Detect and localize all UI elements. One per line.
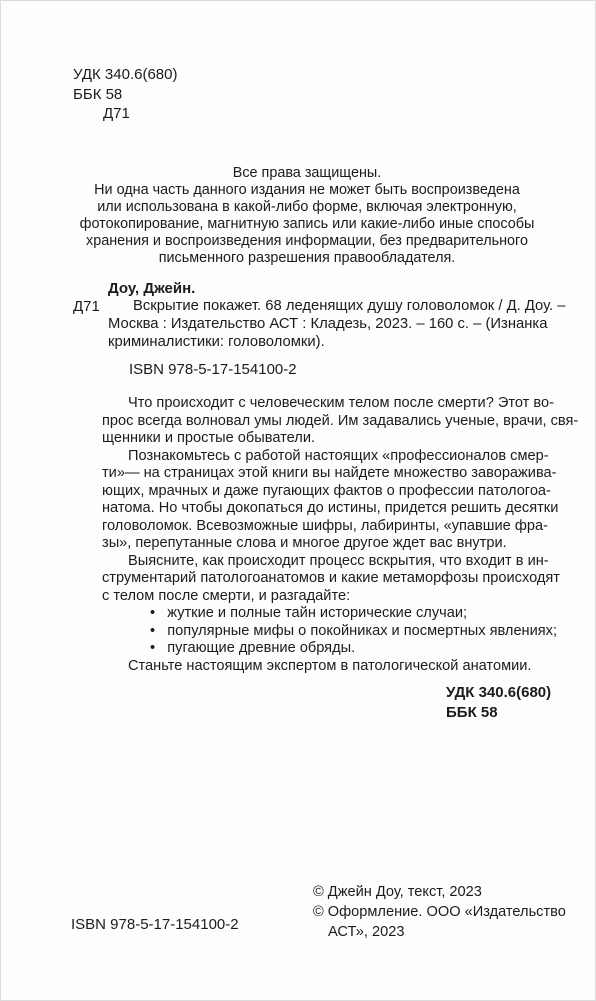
text-line: щенники и простые обыватели. [102, 430, 560, 448]
catalog-author-sign: Д71 [73, 298, 100, 315]
text-line: ББК 58 [446, 703, 551, 723]
text-line: © Оформление. ООО «Издательство [313, 903, 566, 923]
text-line: криминалистики: головоломки). [108, 334, 568, 352]
annotation-paragraph-1: Что происходит с человеческим телом посл… [102, 395, 560, 448]
text-line: АСТ», 2023 [313, 923, 566, 943]
text-line: струментарий патологоанатомов и какие ме… [102, 570, 560, 588]
text-line: фотокопирование, магнитную запись или ка… [17, 216, 596, 233]
isbn-footer: ISBN 978-5-17-154100-2 [71, 916, 239, 933]
text-line: ти»— на страницах этой книги вы найдете … [102, 465, 560, 483]
text-line: • пугающие древние обряды. [102, 640, 560, 658]
text-line: УДК 340.6(680) [446, 683, 551, 703]
isbn-catalog: ISBN 978-5-17-154100-2 [129, 361, 297, 378]
text-line: Москва : Издательство АСТ : Кладезь, 202… [108, 316, 568, 334]
annotation-closing: Станьте настоящим экспертом в патологиче… [102, 658, 560, 676]
catalog-description: Вскрытие покажет. 68 леденящих душу голо… [108, 298, 568, 351]
text-line: натома. Но чтобы докопаться до истины, п… [102, 500, 560, 518]
text-line: головоломок. Всевозможные шифры, лабирин… [102, 518, 560, 536]
text-line: Познакомьтесь с работой настоящих «профе… [102, 448, 560, 466]
annotation-paragraph-3: Выясните, как происходит процесс вскрыти… [102, 553, 560, 606]
text-line: Станьте настоящим экспертом в патологиче… [102, 658, 560, 676]
annotation-paragraph-2: Познакомьтесь с работой настоящих «профе… [102, 448, 560, 553]
imprint-page: УДК 340.6(680)ББК 58Д71 Все права защище… [0, 0, 596, 1001]
text-line: Вскрытие покажет. 68 леденящих душу голо… [108, 298, 568, 316]
catalog-author: Доу, Джейн. [108, 280, 195, 297]
text-line: или использована в какой-либо форме, вкл… [17, 199, 596, 216]
rights-notice: Все права защищены.Ни одна часть данного… [17, 165, 596, 266]
text-line: хранения и воспроизведения информации, б… [17, 233, 596, 250]
text-line: письменного разрешения правообладателя. [17, 250, 596, 267]
text-line: Выясните, как происходит процесс вскрыти… [102, 553, 560, 571]
text-line: УДК 340.6(680) [73, 65, 177, 85]
text-line: Ни одна часть данного издания не может б… [17, 182, 596, 199]
text-line: • жуткие и полные тайн исторические случ… [102, 605, 560, 623]
bottom-classification-codes: УДК 340.6(680)ББК 58 [446, 683, 551, 723]
annotation-bullet-list: • жуткие и полные тайн исторические случ… [102, 605, 560, 658]
text-line: зы», перепутанные слова и многое другое … [102, 535, 560, 553]
text-line: ББК 58 [73, 85, 177, 105]
text-line: прос всегда волновал умы людей. Им задав… [102, 413, 560, 431]
text-line: ющих, мрачных и даже пугающих фактов о п… [102, 483, 560, 501]
text-line: © Джейн Доу, текст, 2023 [313, 883, 566, 903]
copyright-block: © Джейн Доу, текст, 2023© Оформление. ОО… [313, 883, 566, 942]
top-classification-codes: УДК 340.6(680)ББК 58Д71 [73, 65, 177, 124]
text-line: Что происходит с человеческим телом посл… [102, 395, 560, 413]
text-line: Д71 [73, 104, 177, 124]
text-line: Все права защищены. [17, 165, 596, 182]
text-line: • популярные мифы о покойниках и посмерт… [102, 623, 560, 641]
annotation-block: Что происходит с человеческим телом посл… [102, 395, 560, 675]
text-line: с телом после смерти, и разгадайте: [102, 588, 560, 606]
